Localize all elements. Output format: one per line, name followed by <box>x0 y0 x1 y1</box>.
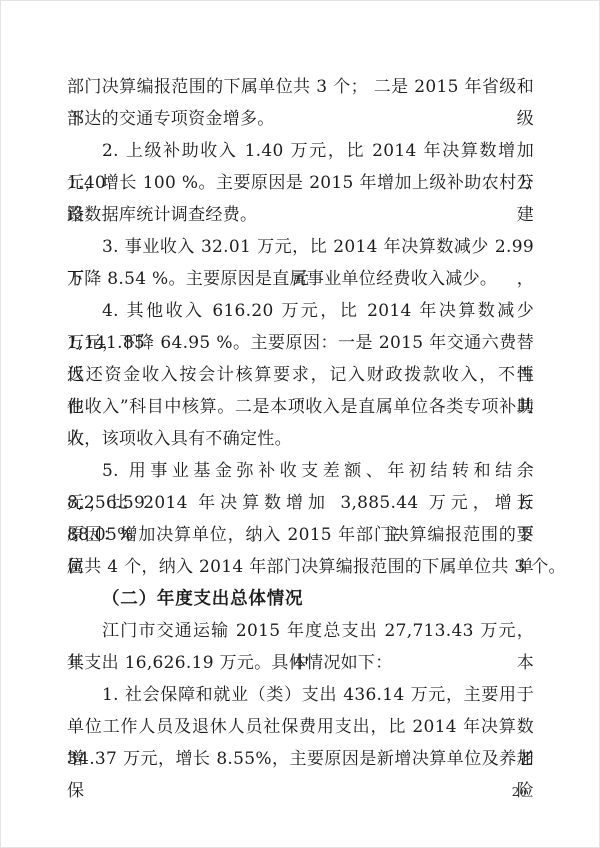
document-page: 部门决算编报范围的下属单位共 3 个； 二是 2015 年省级和部级 下达的交通… <box>0 0 600 848</box>
document-body: 部门决算编报范围的下属单位共 3 个； 二是 2015 年省级和部级 下达的交通… <box>67 71 534 775</box>
section-heading: （二）年度支出总体情况 <box>67 583 534 615</box>
text-line: 34.37 万元，增长 8.55%，主要原因是新增决算单位及养老保险 <box>67 743 534 775</box>
text-line: 4. 其他收入 616.20 万元，比 2014 年决算数减少 1,141.85 <box>67 295 534 327</box>
text-line: 返还资金收入按会计核算要求，记入财政拨款收入，不再在“其 <box>67 359 534 391</box>
text-line: 位共 4 个，纳入 2014 年部门决算编报范围的下属单位共 3 个。 <box>67 551 534 583</box>
text-line: 元，比 2014 年决算数增加 3,885.44 万元，增长 88.05%。主要 <box>67 487 534 519</box>
text-line: 5. 用事业基金弥补收支差额、年初结转和结余 8,256.59 万 <box>67 455 534 487</box>
text-line: 元，增长 100 %。主要原因是 2015 年增加上级补助农村公路建 <box>67 167 534 199</box>
text-line: 万元，下降 64.95 %。主要原因：一是 2015 年交通六费替代性 <box>67 327 534 359</box>
text-line: 他收入”科目中核算。二是本项收入是直属单位各类专项补助收 <box>67 391 534 423</box>
page-number: 20 <box>512 784 527 800</box>
text-line: 1. 社会保障和就业（类）支出 436.14 万元，主要用于 <box>67 679 534 711</box>
text-line: 单位工作人员及退休人员社保费用支出，比 2014 年决算数增加 <box>67 711 534 743</box>
text-line: 江门市交通运输 2015 年度总支出 27,713.43 万元，其中本 <box>67 615 534 647</box>
text-line: 入，该项收入具有不确定性。 <box>67 423 534 455</box>
text-line: 3. 事业收入 32.01 万元，比 2014 年决算数减少 2.99 万元， <box>67 231 534 263</box>
text-line: 下降 8.54 %。主要原因是直属事业单位经费收入减少。 <box>67 263 534 295</box>
text-line: 原因：增加决算单位，纳入 2015 年部门决算编报范围的下属单 <box>67 519 534 551</box>
text-line: 部门决算编报范围的下属单位共 3 个； 二是 2015 年省级和部级 <box>67 71 534 103</box>
text-line: 2. 上级补助收入 1.40 万元，比 2014 年决算数增加 1.40 万 <box>67 135 534 167</box>
